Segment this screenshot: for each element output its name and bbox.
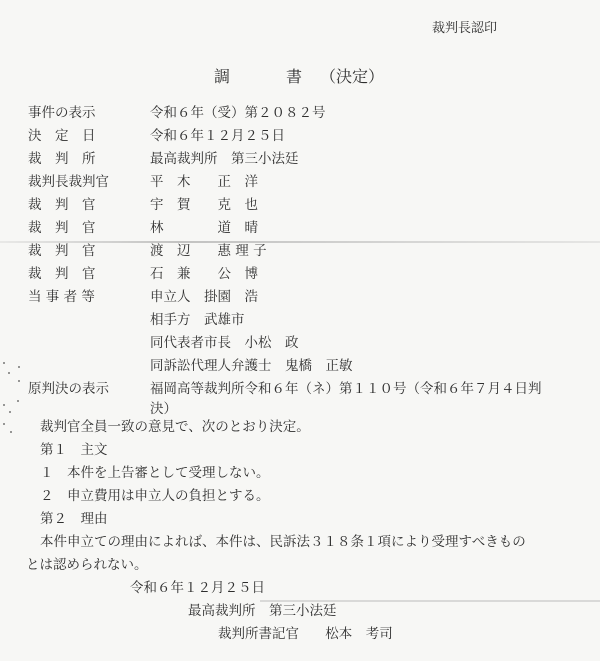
main-text-item-1: １ 本件を上告審として受理しない。 (40, 464, 270, 482)
reason-text: 本件申立ての理由によれば、本件は、民訴法３１８条１項により受理すべきもの (40, 533, 526, 551)
clerk-name: 松本 考司 (325, 626, 393, 642)
punch-mark (9, 411, 11, 413)
field-value-judge: 渡 辺 惠 理 子 (150, 242, 267, 260)
main-text-item-2: ２ 申立費用は申立人の負担とする。 (40, 487, 270, 505)
presiding-judge-seal-label: 裁判長認印 (432, 20, 497, 38)
footer-date: 令和６年１２月２５日 (130, 579, 265, 597)
footer-court: 最高裁判所 第三小法廷 (188, 602, 337, 620)
field-label-judge: 裁 判 官 (28, 265, 96, 283)
field-label-judge: 裁 判 官 (28, 242, 96, 260)
document-title: 調書（決定） (214, 68, 384, 86)
field-label-decision-date: 決 定 日 (28, 127, 96, 145)
field-value-presiding-judge: 平 木 正 洋 (150, 173, 258, 191)
decision-intro: 裁判官全員一致の意見で、次のとおり決定。 (40, 418, 310, 436)
punch-mark (17, 400, 19, 402)
field-label-judge: 裁 判 官 (28, 219, 96, 237)
section-1-heading: 第１ 主文 (40, 441, 108, 459)
title-part-2: 書 (286, 67, 302, 86)
field-label-judge: 裁 判 官 (28, 196, 96, 214)
punch-mark (8, 372, 10, 374)
punch-mark (3, 423, 5, 425)
field-value-judge: 林 道 晴 (150, 219, 258, 237)
footer-clerk: 裁判所書記官 松本 考司 (218, 625, 393, 643)
clerk-title: 裁判所書記官 (218, 626, 299, 642)
field-value-respondent: 相手方 武雄市 (150, 311, 245, 329)
punch-mark (3, 362, 5, 364)
field-value-judge: 宇 賀 克 也 (150, 196, 258, 214)
title-part-3: （決定） (320, 67, 384, 86)
section-2-heading: 第２ 理由 (40, 510, 108, 528)
punch-mark (18, 366, 20, 368)
field-label-court: 裁 判 所 (28, 150, 96, 168)
field-value-attorney: 同訴訟代理人弁護士 鬼橋 正敏 (150, 357, 353, 375)
field-value-court: 最高裁判所 第三小法廷 (150, 150, 299, 168)
field-label-original-judgment: 原判決の表示 (28, 380, 109, 398)
field-label-case: 事件の表示 (28, 104, 96, 122)
field-value-case: 令和６年（受）第２０８２号 (150, 104, 326, 122)
field-value-decision-date: 令和６年１２月２５日 (150, 127, 285, 145)
title-part-1: 調 (214, 67, 230, 86)
punch-mark (3, 404, 5, 406)
reason-text-cont: とは認められない。 (26, 556, 148, 574)
field-value-judge: 石 兼 公 博 (150, 265, 258, 283)
field-value-original-judgment-cont: 決） (150, 400, 177, 418)
field-label-parties: 当 事 者 等 (28, 288, 95, 306)
field-value-applicant: 申立人 掛園 浩 (150, 288, 258, 306)
field-value-representative: 同代表者市長 小松 政 (150, 334, 299, 352)
punch-mark (10, 431, 12, 433)
decision-document: 裁判長認印 調書（決定） 事件の表示 令和６年（受）第２０８２号 決 定 日 令… (0, 0, 600, 661)
punch-mark (18, 380, 20, 382)
field-label-presiding-judge: 裁判長裁判官 (28, 173, 109, 191)
field-value-original-judgment: 福岡高等裁判所令和６年（ネ）第１１０号（令和６年７月４日判 (150, 380, 542, 398)
